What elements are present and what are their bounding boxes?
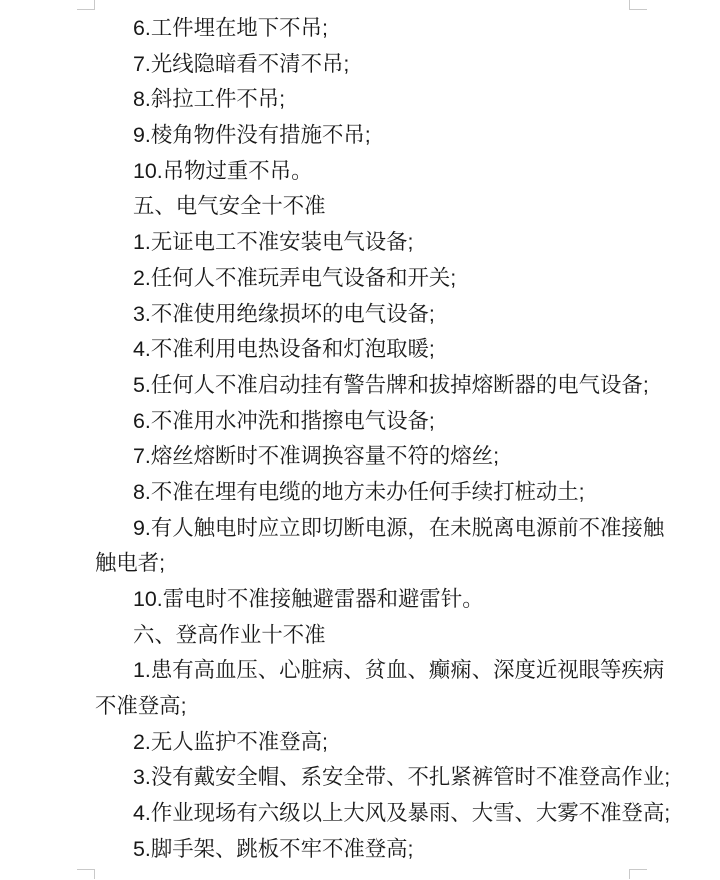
text-line: 3.不准使用绝缘损坏的电气设备; — [95, 297, 648, 333]
text-line: 8.不准在埋有电缆的地方未办任何手续打桩动土; — [95, 475, 648, 511]
text-line: 7.熔丝熔断时不准调换容量不符的熔丝; — [95, 439, 648, 475]
text-line: 9.有人触电时应立即切断电源，在未脱离电源前不准接触 — [95, 511, 648, 547]
text-line: 5.脚手架、跳板不牢不准登高; — [95, 832, 648, 868]
text-line: 5.任何人不准启动挂有警告牌和拔掉熔断器的电气设备; — [95, 368, 648, 404]
margin-mark-bottom-right — [629, 869, 647, 879]
text-line: 10.雷电时不准接触避雷器和避雷针。 — [95, 582, 648, 618]
text-line: 10.吊物过重不吊。 — [95, 154, 648, 190]
text-line: 不准登高; — [95, 689, 648, 725]
text-line: 1.患有高血压、心脏病、贫血、癫痫、深度近视眼等疾病 — [95, 653, 648, 689]
text-line: 1.无证电工不准安装电气设备; — [95, 225, 648, 261]
document-page: 6.工件埋在地下不吊;7.光线隐暗看不清不吊;8.斜拉工件不吊;9.棱角物件没有… — [0, 0, 720, 880]
text-line: 6.不准用水冲洗和揩擦电气设备; — [95, 404, 648, 440]
margin-mark-top-right — [629, 0, 647, 10]
text-line: 触电者; — [95, 546, 648, 582]
document-text-area: 6.工件埋在地下不吊;7.光线隐暗看不清不吊;8.斜拉工件不吊;9.棱角物件没有… — [95, 11, 648, 868]
text-line: 7.光线隐暗看不清不吊; — [95, 47, 648, 83]
margin-mark-top-left — [77, 0, 95, 10]
text-line: 2.无人监护不准登高; — [95, 725, 648, 761]
text-line: 4.作业现场有六级以上大风及暴雨、大雪、大雾不准登高; — [95, 796, 648, 832]
text-line: 2.任何人不准玩弄电气设备和开关; — [95, 261, 648, 297]
margin-mark-bottom-left — [77, 869, 95, 879]
text-line: 8.斜拉工件不吊; — [95, 82, 648, 118]
text-line: 五、电气安全十不准 — [95, 189, 648, 225]
text-line: 3.没有戴安全帽、系安全带、不扎紧裤管时不准登高作业; — [95, 760, 648, 796]
text-line: 6.工件埋在地下不吊; — [95, 11, 648, 47]
text-line: 9.棱角物件没有措施不吊; — [95, 118, 648, 154]
text-line: 六、登高作业十不准 — [95, 618, 648, 654]
text-line: 4.不准利用电热设备和灯泡取暖; — [95, 332, 648, 368]
